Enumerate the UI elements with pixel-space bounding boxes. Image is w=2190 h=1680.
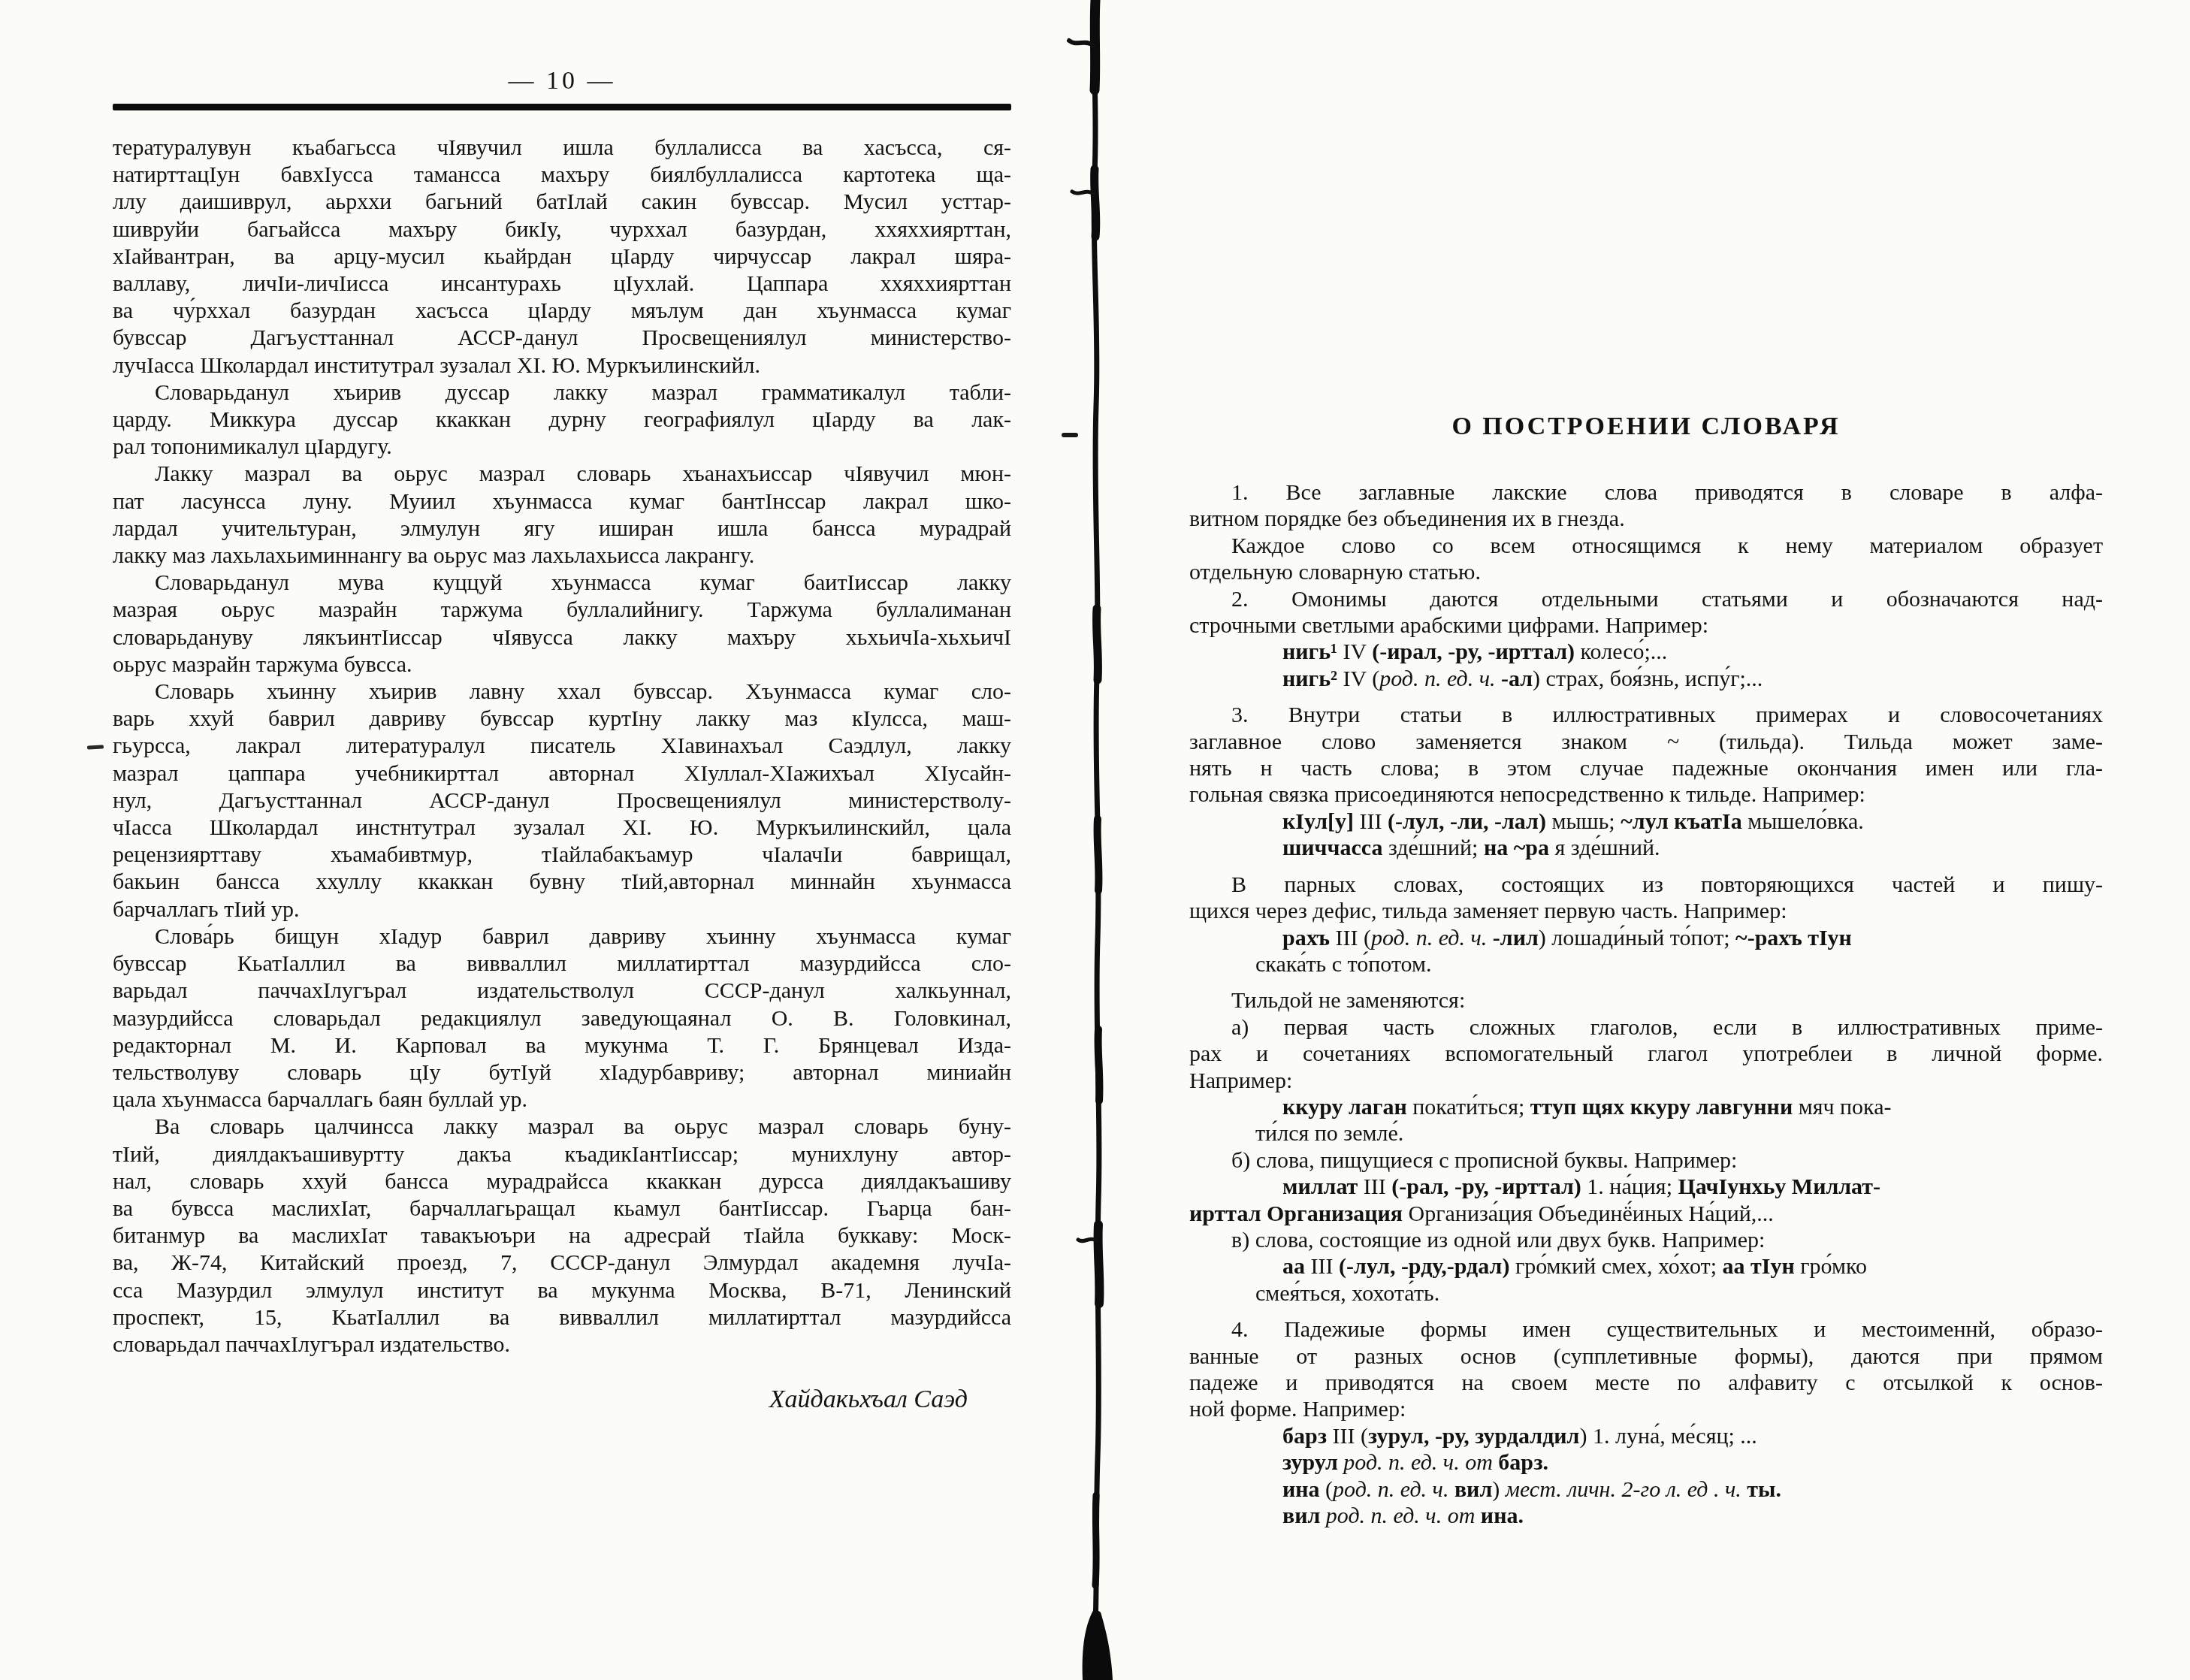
text-line: ирттал Организация Организа́ция Объединё… xyxy=(1189,1201,2103,1227)
author-signature: Хайдакьхъал Саэд xyxy=(113,1385,1011,1414)
text-line: 4. Падежиые формы имен существительных и… xyxy=(1189,1316,2103,1343)
text-line: вил род. п. ед. ч. от ина. xyxy=(1282,1503,2103,1529)
plain-text xyxy=(1496,666,1502,691)
paragraph: б) слова, пищущиеся с прописной буквы. Н… xyxy=(1189,1147,2103,1174)
section-heading: О ПОСТРОЕНИИ СЛОВАРЯ xyxy=(1189,412,2103,442)
dictionary-example-block: барз III (зурул, -ру, зурдалдил) 1. луна… xyxy=(1189,1423,2103,1530)
grammar-note: род. п. ед. ч. от xyxy=(1343,1450,1493,1475)
plain-text: скака́ть с то́потом. xyxy=(1255,952,1432,977)
page-number: — 10 — xyxy=(113,66,1011,96)
headword-text: нигь² xyxy=(1282,666,1337,691)
text-line: ина (род. п. ед. ч. вил) мест. личн. 2-г… xyxy=(1282,1476,2103,1503)
dictionary-example-block: рахъ III (род. п. ед. ч. -лил) лошади́ны… xyxy=(1189,925,2103,978)
text-line: отдельную словарную статью. xyxy=(1189,559,2103,585)
headword-text: ЦачIунхьу Миллат- xyxy=(1678,1174,1880,1199)
text-line: Тильдой не заменяются: xyxy=(1189,987,2103,1014)
paragraph: в) слова, состоящие из одной или двух бу… xyxy=(1189,1227,2103,1253)
plain-text xyxy=(1508,835,1514,860)
headword-text: зурул, -ру, зурдалдил xyxy=(1368,1424,1579,1449)
plain-text: IV ( xyxy=(1337,666,1379,691)
headword-text: (-ирал, -ру, -ирттал) xyxy=(1372,639,1575,664)
headword-text: ~ра xyxy=(1514,835,1549,860)
text-line: лакку маз лахьлахьиминнангу ва оьрус маз… xyxy=(113,542,1011,570)
plain-text: III ( xyxy=(1327,1424,1368,1449)
plain-text xyxy=(1448,1477,1454,1502)
paragraph: 1. Все заглавные лакские слова приводятс… xyxy=(1189,479,2103,533)
text-line: шивруйи багьайсса махъру бикIу, чурххал … xyxy=(113,216,1011,243)
headword-text: (-рал, -ру, -ирттал) xyxy=(1391,1174,1581,1199)
text-line: ва чу́рххал базурдан хасъсса цIарду мяъл… xyxy=(113,298,1011,325)
text-line: лучIасса Школардал институтрал зузалал Х… xyxy=(113,352,1011,379)
headword-text: зурул xyxy=(1282,1450,1338,1475)
text-line: 3. Внутри статьи в иллюстративных пример… xyxy=(1189,702,2103,728)
dictionary-example-block: нигь¹ IV (-ирал, -ру, -ирттал) колесо́;.… xyxy=(1189,639,2103,692)
text-line: пат ласунсса луну. Муиил хъунмасса кумаг… xyxy=(113,488,1011,515)
paragraph: Словарьданул мува куццуй хъунмасса кумаг… xyxy=(113,570,1011,678)
headword-text: -лил xyxy=(1493,926,1539,950)
text-line: смея́ться, хохота́ть. xyxy=(1255,1280,2103,1307)
paragraph: 3. Внутри статьи в иллюстративных пример… xyxy=(1189,702,2103,808)
paragraph: Тильдой не заменяются: xyxy=(1189,987,2103,1014)
plain-text: III xyxy=(1305,1254,1339,1279)
text-line: цала хъунмасса барчаллагь баян буллай ур… xyxy=(113,1086,1011,1113)
plain-text: ) лошади́ный то́пот; xyxy=(1539,926,1735,950)
plain-text: ( xyxy=(1320,1477,1334,1502)
text-line: в) слова, состоящие из одной или двух бу… xyxy=(1189,1227,2103,1253)
headword-text: аа xyxy=(1282,1254,1305,1279)
text-line: чIасса Школардал инстнтутрал зузалал ХI.… xyxy=(113,814,1011,842)
text-line: строчными светлыми арабскими цифрами. На… xyxy=(1189,612,2103,639)
right-page: О ПОСТРОЕНИИ СЛОВАРЯ 1. Все заглавные ла… xyxy=(1189,412,2103,1529)
plain-text: ) страх, боя́знь, испу́г;... xyxy=(1533,666,1763,691)
dictionary-example-block: миллат III (-рал, -ру, -ирттал) 1. на́ци… xyxy=(1189,1174,2103,1227)
headword-text: барз xyxy=(1282,1424,1327,1449)
grammar-note: род. п. ед. ч. xyxy=(1379,666,1495,691)
paragraph: 4. Падежиые формы имен существительных и… xyxy=(1189,1316,2103,1423)
text-line: оьрус мазрайн таржума бувсса. xyxy=(113,651,1011,678)
plain-text xyxy=(1475,1503,1481,1528)
paragraph: Словарь хъинну хъирив лавну ххал бувссар… xyxy=(113,678,1011,923)
text-line: щихся через дефис, тильда заменяет перву… xyxy=(1189,898,2103,924)
headword-text: ккуру лаган xyxy=(1282,1095,1407,1119)
headword-text: нигь¹ xyxy=(1282,639,1337,664)
plain-text: III ( xyxy=(1330,926,1371,950)
text-line: ванные от разных основ (супплетивные фор… xyxy=(1189,1343,2103,1370)
text-line: редакторнал М. И. Карповал ва мукунма Т.… xyxy=(113,1032,1011,1059)
text-line: мазрая оьрус мазрайн таржума буллалийниг… xyxy=(113,597,1011,624)
text-line: 2. Омонимы даются отдельными статьями и … xyxy=(1189,586,2103,612)
headword-text: кIул[у] xyxy=(1282,809,1354,834)
plain-text: мышь; xyxy=(1546,809,1621,834)
plain-text: смея́ться, хохота́ть. xyxy=(1255,1281,1439,1306)
headword-text: ~-рахъ тIун xyxy=(1735,926,1852,950)
headword-text: (-лул, -ли, -лал) xyxy=(1388,809,1546,834)
grammar-note: род. п. ед. ч. от xyxy=(1326,1503,1476,1528)
headword-text: ина xyxy=(1282,1477,1320,1502)
left-page: — 10 — тературалувун къабагьсса чIявучил… xyxy=(113,66,1011,1414)
paragraph: а) первая часть сложных глаголов, если в… xyxy=(1189,1014,2103,1094)
headword-text: барз. xyxy=(1498,1450,1548,1475)
text-line: тIий, диялдакъашивуртту дакъа къадикIант… xyxy=(113,1141,1011,1168)
headword-text: (-лул, -рду,-рдал) xyxy=(1339,1254,1509,1279)
text-line: шиччасса зде́шний; на ~ра я зде́шний. xyxy=(1282,835,2103,861)
text-line: рецензиярттаву хъамабивтмур, тIайлабакъа… xyxy=(113,842,1011,869)
text-line: натирттацIун бавхIусса тамансса махъру б… xyxy=(113,162,1011,189)
text-line: нигь² IV (род. п. ед. ч. -ал) страх, боя… xyxy=(1282,666,2103,692)
plain-text: ) 1. луна́, ме́сяц; ... xyxy=(1579,1424,1757,1449)
text-line: витном порядке без объединения их в гнез… xyxy=(1189,506,2103,532)
text-line: тельстволуву словарь цIу бутIуй хIадурба… xyxy=(113,1059,1011,1086)
text-line: ва, Ж-74, Китайский проезд, 7, СССР-дану… xyxy=(113,1249,1011,1277)
text-line: битанмур ва маслихIат тавакъюъри на адре… xyxy=(113,1222,1011,1249)
paragraph: 2. Омонимы даются отдельными статьями и … xyxy=(1189,586,2103,639)
headword-text: ты. xyxy=(1747,1477,1781,1502)
headword-text: вил xyxy=(1282,1503,1320,1528)
text-line: аа III (-лул, -рду,-рдал) гро́мкий смех,… xyxy=(1282,1253,2103,1280)
headword-text: рахъ xyxy=(1282,926,1330,950)
text-line: Каждое слово со всем относящимся к нему … xyxy=(1189,533,2103,559)
text-line: Лакку мазрал ва оьрус мазрал словарь хъа… xyxy=(113,461,1011,488)
text-line: нал, словарь ххуй бансса мурадрайсса кка… xyxy=(113,1168,1011,1195)
text-line: рахъ III (род. п. ед. ч. -лил) лошади́ны… xyxy=(1282,925,2103,951)
plain-text: колесо́;... xyxy=(1575,639,1667,664)
headword-text: шиччасса xyxy=(1282,835,1382,860)
text-line: Например: xyxy=(1189,1068,2103,1094)
text-line: Словарьданул мува куццуй хъунмасса кумаг… xyxy=(113,570,1011,597)
text-line: Словарьданул хъирив дуссар лакку мазрал … xyxy=(113,379,1011,406)
right-page-body: 1. Все заглавные лакские слова приводятс… xyxy=(1189,479,2103,1529)
text-line: лардал учительтуран, элмулун ягу иширан … xyxy=(113,515,1011,542)
headword-text: вил xyxy=(1454,1477,1492,1502)
headword-text: миллат xyxy=(1282,1174,1358,1199)
header-rule xyxy=(113,104,1011,110)
text-line: В парных словах, состоящих из повторяющи… xyxy=(1189,872,2103,898)
text-line: бакьин бансса ххуллу ккаккан бувну тIий,… xyxy=(113,869,1011,896)
headword-text: ~лул къатIа xyxy=(1621,809,1741,834)
headword-text: ттуп щях ккуру лавгунни xyxy=(1530,1095,1793,1119)
text-line: рах и сочетаниях вспомогательный глагол … xyxy=(1189,1041,2103,1067)
headword-text: аа тIун xyxy=(1723,1254,1795,1279)
text-line: нигь¹ IV (-ирал, -ру, -ирттал) колесо́;.… xyxy=(1282,639,2103,665)
plain-text: гро́мко xyxy=(1795,1254,1867,1279)
text-line: нул, Дагъусттаннал АССР-данул Просвещени… xyxy=(113,787,1011,814)
text-line: сса Мазурдил элмулул институт ва мукунма… xyxy=(113,1277,1011,1304)
dictionary-example-block: кIул[у] III (-лул, -ли, -лал) мышь; ~лул… xyxy=(1189,808,2103,862)
scanned-book-spread: — 10 — тературалувун къабагьсса чIявучил… xyxy=(0,0,2190,1680)
plain-text: III xyxy=(1354,809,1388,834)
text-line: миллат III (-рал, -ру, -ирттал) 1. на́ци… xyxy=(1282,1174,2103,1200)
text-line: гольная связка присоединяются непосредст… xyxy=(1189,781,2103,808)
paragraph: Словарьданул хъирив дуссар лакку мазрал … xyxy=(113,379,1011,461)
grammar-note: род. п. ед. ч. xyxy=(1371,926,1487,950)
headword-text: ина. xyxy=(1481,1503,1524,1528)
paragraph: тературалувун къабагьсса чIявучил ишла б… xyxy=(113,134,1011,379)
text-line: царду. Миккура дуссар ккаккан дурну геог… xyxy=(113,406,1011,434)
text-line: барз III (зурул, -ру, зурдалдил) 1. луна… xyxy=(1282,1423,2103,1449)
text-line: тературалувун къабагьсса чIявучил ишла б… xyxy=(113,134,1011,162)
plain-text: мяч пока- xyxy=(1793,1095,1891,1119)
paragraph: Слова́рь бищун хIадур баврил давриву хъи… xyxy=(113,923,1011,1113)
plain-text: ти́лся по земле́. xyxy=(1255,1121,1403,1146)
plain-text: IV xyxy=(1337,639,1372,664)
headword-text: ирттал Организация xyxy=(1189,1201,1403,1226)
paragraph: Лакку мазрал ва оьрус мазрал словарь хъа… xyxy=(113,461,1011,570)
text-line: рал топонимикалул цIардугу. xyxy=(113,434,1011,461)
text-line: хIайвантран, ва арцу-мусил кьайрдан цIар… xyxy=(113,243,1011,270)
text-line: проспект, 15, КьатIаллил ва вивваллил ми… xyxy=(113,1304,1011,1331)
grammar-note: мест. личн. 2-го л. ед . ч. xyxy=(1506,1477,1741,1502)
text-line: мазурдийсса словарьдал редакциялул завед… xyxy=(113,1005,1011,1032)
text-line: мазрал цаппара учебникирттал авторнал ХI… xyxy=(113,760,1011,787)
headword-text: -ал xyxy=(1501,666,1533,691)
plain-text: III xyxy=(1358,1174,1391,1199)
text-line: скака́ть с то́потом. xyxy=(1255,951,2103,977)
paragraph: В парных словах, состоящих из повторяющи… xyxy=(1189,872,2103,925)
binding-crease xyxy=(1048,0,1176,1680)
headword-text: на xyxy=(1484,835,1508,860)
plain-text: я зде́шний. xyxy=(1549,835,1660,860)
text-line: барчаллагь тIий ур. xyxy=(113,896,1011,923)
plain-text: зде́шний; xyxy=(1382,835,1484,860)
text-line: бувссар Дагъусттаннал АССР-данул Просвещ… xyxy=(113,325,1011,352)
scan-artifact-dash xyxy=(87,745,104,749)
text-line: зурул род. п. ед. ч. от барз. xyxy=(1282,1449,2103,1476)
text-line: ллу даишиврул, аьрххи багьний батIлай са… xyxy=(113,189,1011,216)
text-line: кIул[у] III (-лул, -ли, -лал) мышь; ~лул… xyxy=(1282,808,2103,835)
text-line: Словарь хъинну хъирив лавну ххал бувссар… xyxy=(113,678,1011,706)
text-line: варь ххуй баврил давриву бувссар куртIну… xyxy=(113,706,1011,733)
plain-text: ) xyxy=(1492,1477,1506,1502)
text-line: заглавное слово заменяется знаком ~ (тил… xyxy=(1189,729,2103,755)
text-line: 1. Все заглавные лакские слова приводятс… xyxy=(1189,479,2103,506)
text-line: бувссар КьатIаллил ва вивваллил миллатир… xyxy=(113,950,1011,977)
plain-text xyxy=(1487,926,1493,950)
dictionary-example-block: аа III (-лул, -рду,-рдал) гро́мкий смех,… xyxy=(1189,1253,2103,1307)
grammar-note: род. п. ед. ч. xyxy=(1333,1477,1448,1502)
text-line: б) слова, пищущиеся с прописной буквы. Н… xyxy=(1189,1147,2103,1174)
paragraph: Ва словарь цалчинсса лакку мазрал ва оьр… xyxy=(113,1113,1011,1358)
text-line: а) первая часть сложных глаголов, если в… xyxy=(1189,1014,2103,1041)
text-line: ти́лся по земле́. xyxy=(1255,1120,2103,1147)
dictionary-example-block: ккуру лаган покати́ться; ттуп щях ккуру … xyxy=(1189,1094,2103,1147)
text-line: словарьдал паччахIлугърал издательство. xyxy=(113,1331,1011,1358)
text-line: падеже и приводятся на своем месте по ал… xyxy=(1189,1370,2103,1396)
plain-text: мышело́вка. xyxy=(1742,809,1864,834)
text-line: ккуру лаган покати́ться; ттуп щях ккуру … xyxy=(1282,1094,2103,1120)
plain-text xyxy=(1320,1503,1326,1528)
plain-text: гро́мкий смех, хо́хот; xyxy=(1509,1254,1722,1279)
text-line: Ва словарь цалчинсса лакку мазрал ва оьр… xyxy=(113,1113,1011,1141)
text-line: ной форме. Например: xyxy=(1189,1396,2103,1422)
text-line: гьурсса, лакрал литературалул писатель Х… xyxy=(113,733,1011,760)
plain-text: Организа́ция Объединё́иных На́ций,... xyxy=(1403,1201,1774,1226)
plain-text: 1. на́ция; xyxy=(1581,1174,1678,1199)
paragraph: Каждое слово со всем относящимся к нему … xyxy=(1189,533,2103,586)
left-page-body: тературалувун къабагьсса чIявучил ишла б… xyxy=(113,134,1011,1358)
plain-text: покати́ться; xyxy=(1407,1095,1530,1119)
text-line: словарьдануву лякъинтIиссар чIявусса лак… xyxy=(113,624,1011,651)
text-line: валлаву, личIи-личIисса инсантурахь цIух… xyxy=(113,270,1011,298)
text-line: варьдал паччахIлугърал издательстволул С… xyxy=(113,977,1011,1005)
text-line: нять н часть слова; в этом случае падежн… xyxy=(1189,755,2103,781)
text-line: Слова́рь бищун хIадур баврил давриву хъи… xyxy=(113,923,1011,950)
text-line: ва бувсса маслихIат, барчаллагьращал кьа… xyxy=(113,1195,1011,1222)
